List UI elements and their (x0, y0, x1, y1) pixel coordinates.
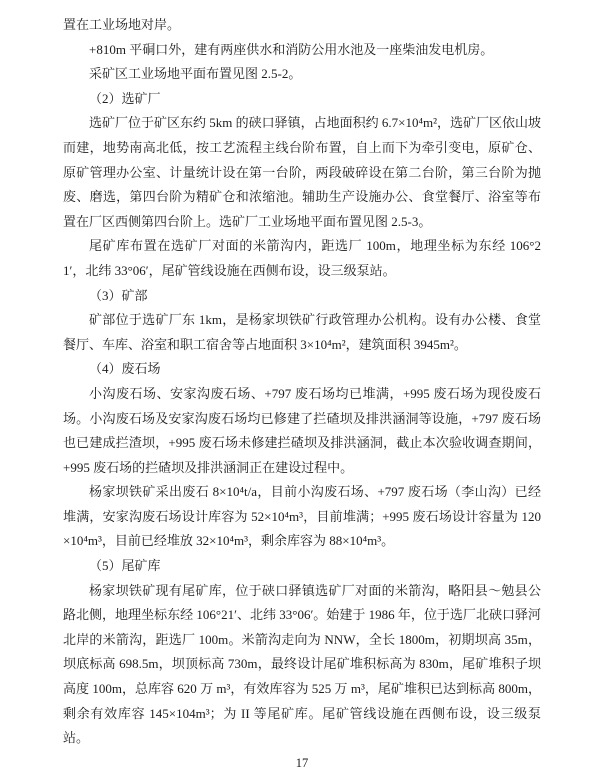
subheading-5-tailings-pond: （5）尾矿库 (63, 554, 541, 579)
paragraph-mine-office: 矿部位于选矿厂东 1km，是杨家坝铁矿行政管理办公机构。设有办公楼、食堂餐厅、车… (63, 308, 541, 357)
paragraph-concentrator-plant: 选矿厂位于矿区东约 5km 的硖口驿镇，占地面积约 6.7×10⁴m²，选矿厂区… (63, 111, 541, 234)
paragraph-waste-rock-capacity: 杨家坝铁矿采出废石 8×10⁴t/a，目前小沟废石场、+797 废石场（李山沟）… (63, 480, 541, 554)
paragraph-waste-rock-dams: 小沟废石场、安家沟废石场、+797 废石场均已堆满，+995 废石场为现役废石场… (63, 382, 541, 480)
paragraph-tailings-pond-details: 杨家坝铁矿现有尾矿库，位于硖口驿镇选矿厂对面的米箭沟，略阳县～勉县公路北侧，地理… (63, 579, 541, 751)
subheading-3-mine-office: （3）矿部 (63, 284, 541, 309)
paragraph-mining-area-figure-ref: 采矿区工业场地平面布置见图 2.5-2。 (63, 62, 541, 87)
paragraph-tailings-pipeline: 尾矿库布置在选矿厂对面的米箭沟内，距选厂 100m，地理坐标为东经 106°21… (63, 234, 541, 283)
subheading-2-concentrator-plant: （2）选矿厂 (63, 87, 541, 112)
text-block: 置在工业场地对岸。 +810m 平硐口外，建有两座供水和消防公用水池及一座柴油发… (63, 13, 541, 751)
page-number: 17 (63, 751, 541, 771)
paragraph-adit-facilities: +810m 平硐口外，建有两座供水和消防公用水池及一座柴油发电机房。 (63, 38, 541, 63)
paragraph-continuation: 置在工业场地对岸。 (63, 13, 541, 38)
document-page: 置在工业场地对岸。 +810m 平硐口外，建有两座供水和消防公用水池及一座柴油发… (0, 0, 602, 771)
subheading-4-waste-rock-yard: （4）废石场 (63, 357, 541, 382)
